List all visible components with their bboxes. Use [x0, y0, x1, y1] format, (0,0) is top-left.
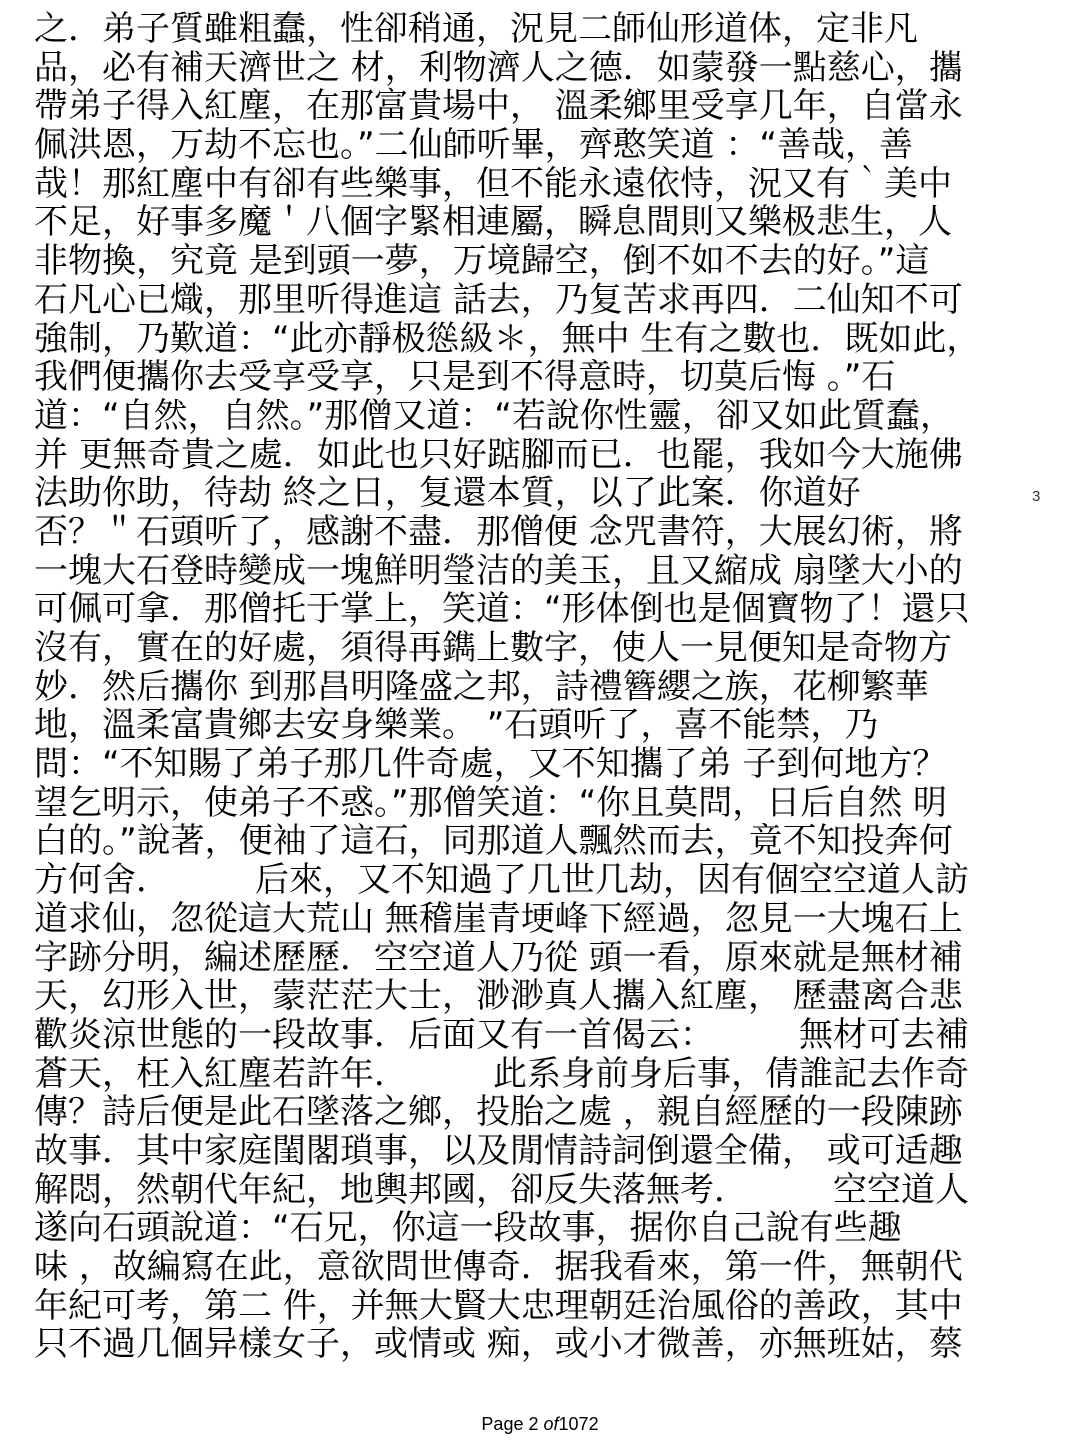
text-line: 天，幻形入世，蒙茫茫大士，渺渺真人攜入紅塵， 歷盡离合悲: [34, 977, 1054, 1016]
text-line: 帶弟子得入紅塵，在那富貴場中， 溫柔鄉里受享几年，自當永: [34, 87, 1054, 126]
text-line: 法助你助，待劫 終之日，复還本質，以了此案．你道好: [34, 474, 1054, 513]
text-line: 故事．其中家庭閨閣瑣事，以及閒情詩詞倒還全備， 或可适趣: [34, 1132, 1054, 1171]
text-line: 只不過几個异樣女子，或情或 痴，或小才微善，亦無班姑，蔡: [34, 1325, 1054, 1364]
text-line: 地，溫柔富貴鄉去安身樂業。 ”石頭听了，喜不能禁，乃: [34, 706, 1054, 745]
text-line: 望乞明示，使弟子不惑。”那僧笑道：“你且莫問，日后自然 明: [34, 784, 1054, 823]
text-line: 哉！那紅塵中有卻有些樂事，但不能永遠依恃，況又有｀美中: [34, 165, 1054, 204]
text-line: 白的。”說著，便袖了這石，同那道人飄然而去，竟不知投奔何: [34, 822, 1054, 861]
text-line: 歡炎涼世態的一段故事．后面又有一首偈云： 無材可去補: [34, 1016, 1054, 1055]
page-indicator: Page 2 of1072: [0, 1414, 1080, 1435]
margin-footnote-marker: 3: [1032, 488, 1040, 505]
text-line: 可佩可拿．那僧托于掌上，笑道：“形体倒也是個寶物了！還只: [34, 590, 1054, 629]
text-line: 年紀可考，第二 件，并無大賢大忠理朝廷治風俗的善政，其中: [34, 1287, 1054, 1326]
text-line: 強制，乃歎道：“此亦靜极慫級＊，無中 生有之數也．既如此，: [34, 320, 1054, 359]
document-page: 之．弟子質雖粗蠢，性卻稍通，況見二師仙形道体，定非凡 品，必有補天濟世之 材，利…: [0, 0, 1080, 1440]
text-line: 遂向石頭說道：“石兄，你這一段故事，据你自己說有些趣: [34, 1209, 1054, 1248]
text-line: 方何舍． 后來，又不知過了几世几劫，因有個空空道人訪: [34, 861, 1054, 900]
text-line: 沒有，實在的好處，須得再鐫上數字，使人一見便知是奇物方: [34, 629, 1054, 668]
text-line: 品，必有補天濟世之 材，利物濟人之德．如蒙發一點慈心，攜: [34, 49, 1054, 88]
text-line: 道求仙，忽從這大荒山 無稽崖青埂峰下經過，忽見一大塊石上: [34, 900, 1054, 939]
text-line: 問：“不知賜了弟子那几件奇處，又不知攜了弟 子到何地方？: [34, 745, 1054, 784]
text-line: 不足，好事多魔＇八個字緊相連屬，瞬息間則又樂极悲生，人: [34, 203, 1054, 242]
text-line: 并 更無奇貴之處．如此也只好踮腳而已．也罷，我如今大施佛: [34, 436, 1054, 475]
page-body-text: 之．弟子質雖粗蠢，性卻稍通，況見二師仙形道体，定非凡 品，必有補天濟世之 材，利…: [34, 10, 1054, 1364]
of-label: of: [544, 1414, 559, 1434]
text-line: 味 ，故編寫在此，意欲問世傳奇．据我看來，第一件，無朝代: [34, 1248, 1054, 1287]
text-line: 蒼天，枉入紅塵若許年． 此系身前身后事，倩誰記去作奇: [34, 1055, 1054, 1094]
text-line: 字跡分明，編述歷歷．空空道人乃從 頭一看，原來就是無材補: [34, 939, 1054, 978]
current-page-number: 2: [528, 1414, 538, 1434]
text-line: 否？＂石頭听了，感謝不盡．那僧便 念咒書符，大展幻術，將: [34, 513, 1054, 552]
text-line: 一塊大石登時變成一塊鮮明瑩洁的美玉，且又縮成 扇墜大小的: [34, 552, 1054, 591]
text-line: 之．弟子質雖粗蠢，性卻稍通，況見二師仙形道体，定非凡: [34, 10, 1054, 49]
text-line: 我們便攜你去受享受享，只是到不得意時，切莫后悔 。”石: [34, 358, 1054, 397]
text-line: 道：“自然，自然。”那僧又道：“若說你性靈，卻又如此質蠢，: [34, 397, 1054, 436]
text-line: 解悶，然朝代年紀，地輿邦國，卻反失落無考． 空空道人: [34, 1171, 1054, 1210]
text-line: 妙．然后攜你 到那昌明隆盛之邦，詩禮簪纓之族，花柳繁華: [34, 668, 1054, 707]
text-line: 佩洪恩，万劫不忘也。”二仙師听畢，齊憨笑道 ：“善哉，善: [34, 126, 1054, 165]
page-label: Page: [481, 1414, 523, 1434]
text-line: 石凡心已熾，那里听得進這 話去，乃复苦求再四．二仙知不可: [34, 281, 1054, 320]
text-line: 非物換，究竟 是到頭一夢，万境歸空，倒不如不去的好。”這: [34, 242, 1054, 281]
text-line: 傳？詩后便是此石墜落之鄉，投胎之處 ，親自經歷的一段陳跡: [34, 1093, 1054, 1132]
total-pages: 1072: [559, 1414, 599, 1434]
